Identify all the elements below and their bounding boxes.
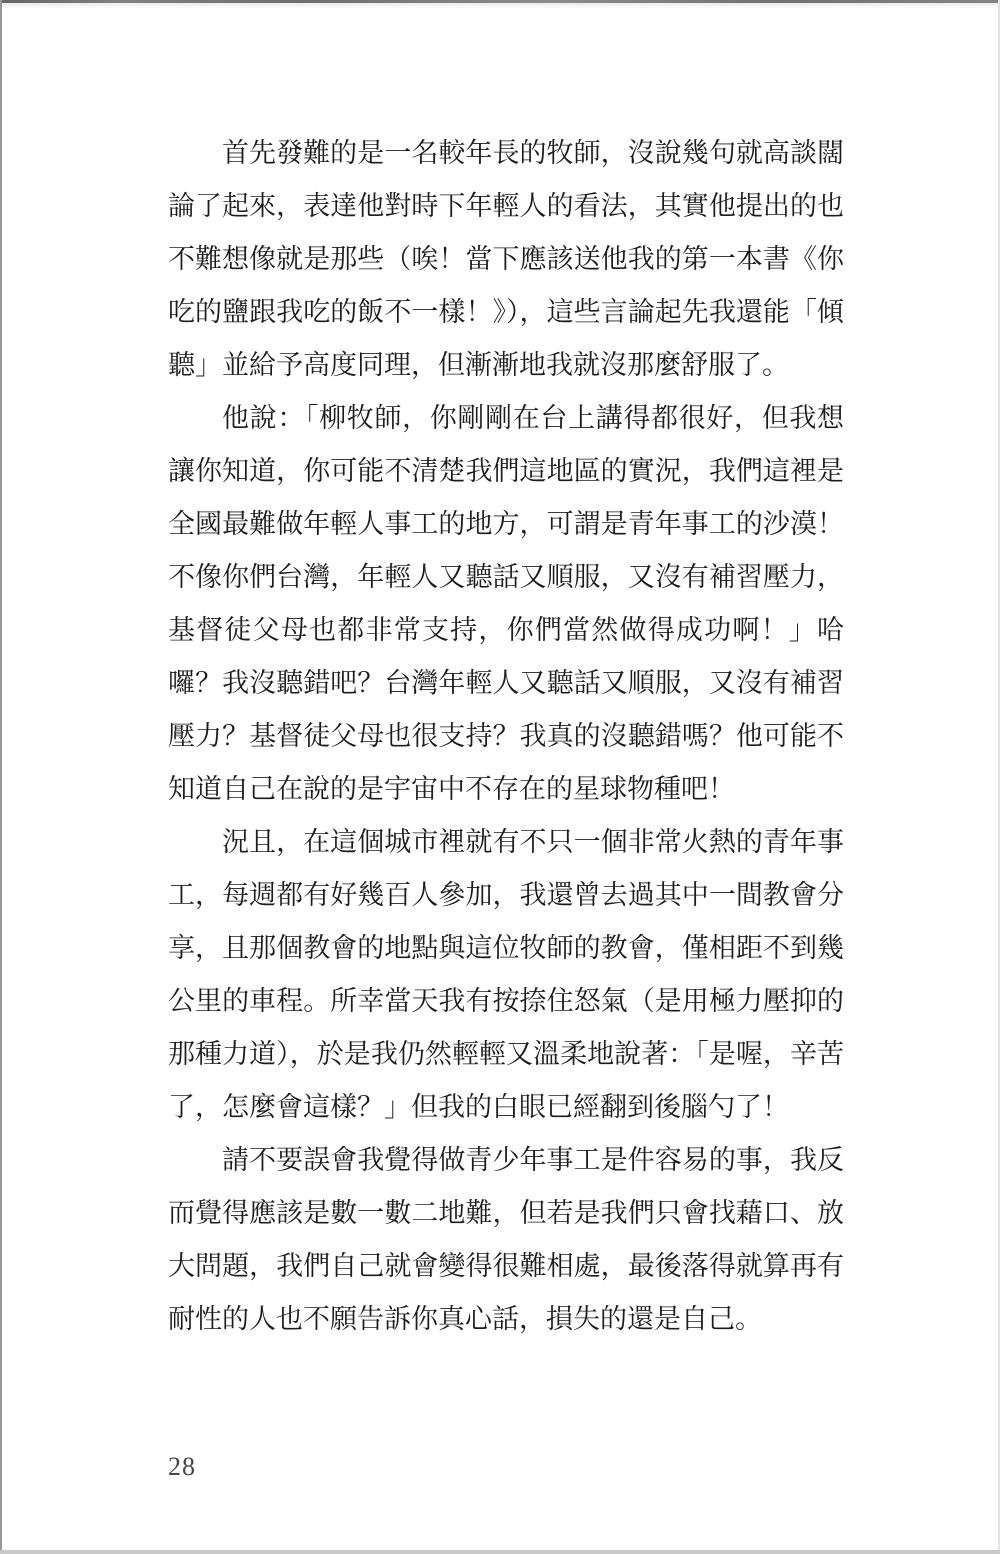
scan-edge-bottom <box>0 1550 1000 1554</box>
paragraph-1: 首先發難的是一名較年長的牧師，沒說幾句就高談闊論了起來，表達他對時下年輕人的看法… <box>168 127 844 392</box>
book-page: 首先發難的是一名較年長的牧師，沒說幾句就高談闊論了起來，表達他對時下年輕人的看法… <box>0 0 1000 1554</box>
body-text: 首先發難的是一名較年長的牧師，沒說幾句就高談闊論了起來，表達他對時下年輕人的看法… <box>168 127 844 1346</box>
paragraph-4: 請不要誤會我覺得做青少年事工是件容易的事，我反而覺得應該是數一數二地難，但若是我… <box>168 1134 844 1346</box>
paragraph-3: 況且，在這個城市裡就有不只一個非常火熱的青年事工，每週都有好幾百人參加，我還曾去… <box>168 816 844 1134</box>
scan-edge-top-haze <box>0 3 1000 9</box>
paragraph-2: 他說：「柳牧師，你剛剛在台上講得都很好，但我想讓你知道，你可能不清楚我們這地區的… <box>168 392 844 816</box>
page-number: 28 <box>168 1452 196 1482</box>
scan-edge-left <box>0 0 2 1554</box>
